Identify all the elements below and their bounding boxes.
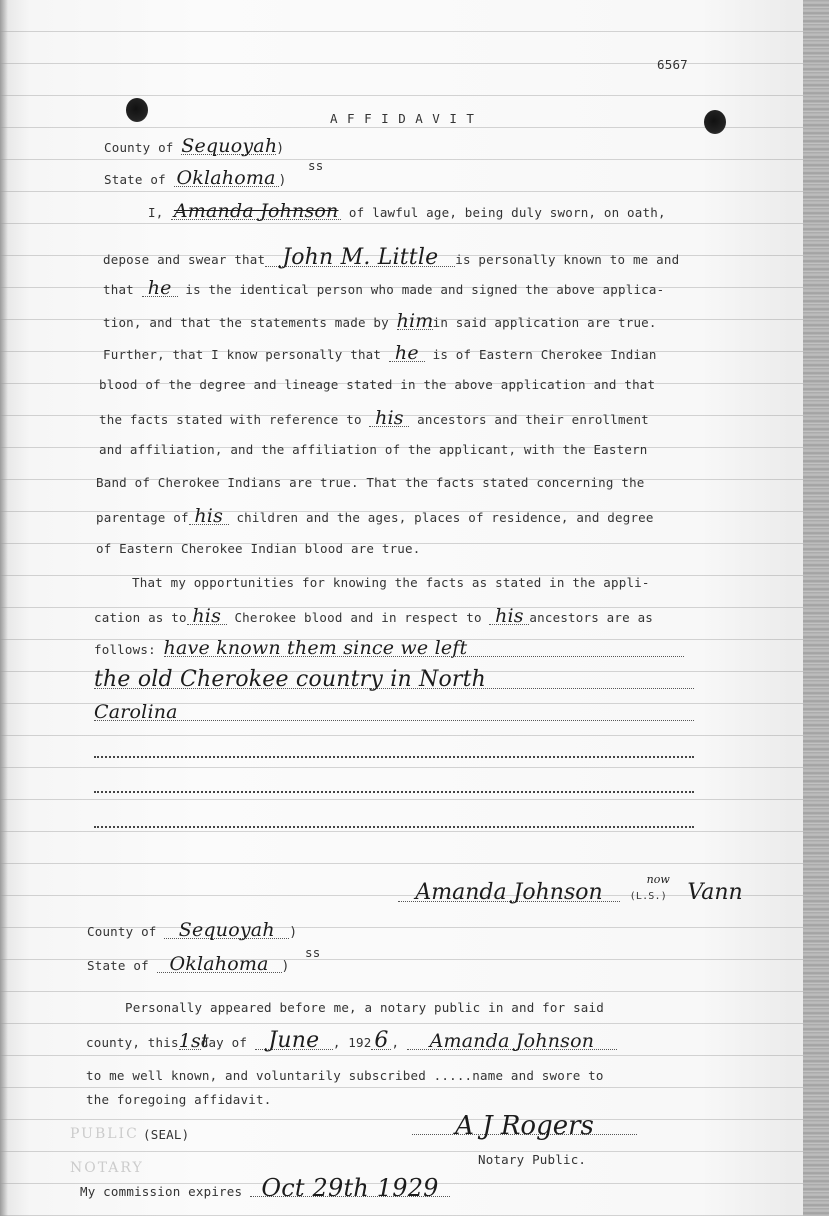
notary-signature: A J Rogers xyxy=(412,1118,637,1135)
jurat-line-2: county, this1stday of June, 1926, Amanda… xyxy=(86,1033,617,1050)
ls-mark: (L.S.) xyxy=(630,891,667,902)
county-label: County of xyxy=(87,924,157,939)
body-line-1: I, Amanda Johnson of lawful age, being d… xyxy=(148,203,666,220)
state-value: Oklahoma xyxy=(174,170,279,187)
jurat-month: June xyxy=(255,1033,333,1050)
body-line-12: That my opportunities for knowing the fa… xyxy=(132,575,650,590)
commission-line: My commission expires Oct 29th 1929 xyxy=(80,1180,450,1199)
county-value: Sequoyah xyxy=(164,922,289,939)
blank-dotted-line xyxy=(94,756,694,758)
pronoun-field: his xyxy=(189,508,229,525)
blank-dotted-line xyxy=(94,826,694,828)
state-label: State of xyxy=(87,958,149,973)
ss-mark-bottom: ss xyxy=(305,945,320,960)
affiant-signature-block: Amanda Johnson (L.S.) now Vann xyxy=(398,880,743,905)
scan-edge-right xyxy=(803,0,829,1216)
pronoun-field: he xyxy=(389,345,425,362)
commission-date: Oct 29th 1929 xyxy=(250,1180,450,1197)
venue-state-top: State of Oklahoma) xyxy=(104,170,287,188)
body-line-9: Band of Cherokee Indians are true. That … xyxy=(96,475,645,490)
punch-hole-left xyxy=(126,98,148,122)
document-number: 6567 xyxy=(657,57,688,72)
state-label: State of xyxy=(104,172,166,187)
jurat-line-1: Personally appeared before me, a notary … xyxy=(125,1000,604,1015)
commission-label: My commission expires xyxy=(80,1184,242,1199)
applicant-name: John M. Little xyxy=(265,250,455,267)
county-label: County of xyxy=(104,140,174,155)
county-value: Sequoyah xyxy=(181,138,276,155)
body-line-11: of Eastern Cherokee Indian blood are tru… xyxy=(96,541,420,556)
body-line-15: the old Cherokee country in North xyxy=(94,672,694,689)
faint-stamp-line-1: PUBLIC xyxy=(70,1126,139,1142)
jurat-line-4: the foregoing affidavit. xyxy=(86,1092,271,1107)
pronoun-field: his xyxy=(187,608,227,625)
seal-label: (SEAL) xyxy=(143,1127,189,1142)
pronoun-field: his xyxy=(369,410,409,427)
body-line-7: the facts stated with reference to his a… xyxy=(99,410,649,427)
body-line-10: parentage ofhis children and the ages, p… xyxy=(96,508,654,525)
now-annotation: now xyxy=(647,873,670,886)
state-value: Oklahoma xyxy=(157,956,282,973)
body-line-8: and affiliation, and the affiliation of … xyxy=(99,442,648,457)
jurat-day: 1st xyxy=(179,1033,201,1050)
body-line-4: tion, and that the statements made by hi… xyxy=(103,313,657,330)
ss-mark-top: ss xyxy=(308,158,323,173)
jurat-appeared-name: Amanda Johnson xyxy=(407,1033,617,1050)
venue-county-top: County of Sequoyah) xyxy=(104,138,284,156)
married-name: Vann xyxy=(687,880,742,905)
body-line-16: Carolina xyxy=(94,704,694,721)
affiant-name: Amanda Johnson xyxy=(171,203,341,220)
body-line-13: cation as tohis Cherokee blood and in re… xyxy=(94,608,653,625)
pronoun-field: he xyxy=(142,280,178,297)
venue-county-bottom: County of Sequoyah) xyxy=(87,922,297,940)
punch-hole-right xyxy=(704,110,726,134)
venue-state-bottom: State of Oklahoma) xyxy=(87,956,290,974)
body-line-6: blood of the degree and lineage stated i… xyxy=(99,377,655,392)
pronoun-field: his xyxy=(489,608,529,625)
faint-stamp-line-2: NOTARY xyxy=(70,1160,144,1176)
body-line-14: follows: have known them since we left xyxy=(94,640,684,657)
pronoun-field: him xyxy=(397,313,433,330)
body-line-2: depose and swear thatJohn M. Littleis pe… xyxy=(103,250,679,267)
body-line-3: that he is the identical person who made… xyxy=(103,280,664,297)
statement-line-1: have known them since we left xyxy=(164,640,684,657)
statement-line-2: the old Cherokee country in North xyxy=(94,672,694,689)
statement-line-3: Carolina xyxy=(94,704,694,721)
affiant-signature: Amanda Johnson xyxy=(398,885,620,902)
notary-signature-block: A J Rogers xyxy=(412,1118,637,1138)
affidavit-page: 6567 A F F I D A V I T County of Sequoya… xyxy=(0,0,829,1216)
scan-edge-left xyxy=(0,0,8,1216)
jurat-line-3: to me well known, and voluntarily subscr… xyxy=(86,1068,604,1083)
jurat-year-digit: 6 xyxy=(371,1033,391,1050)
notary-title: Notary Public. xyxy=(478,1152,586,1167)
body-line-5: Further, that I know personally that he … xyxy=(103,345,657,362)
blank-dotted-line xyxy=(94,791,694,793)
page-title: A F F I D A V I T xyxy=(330,111,475,126)
